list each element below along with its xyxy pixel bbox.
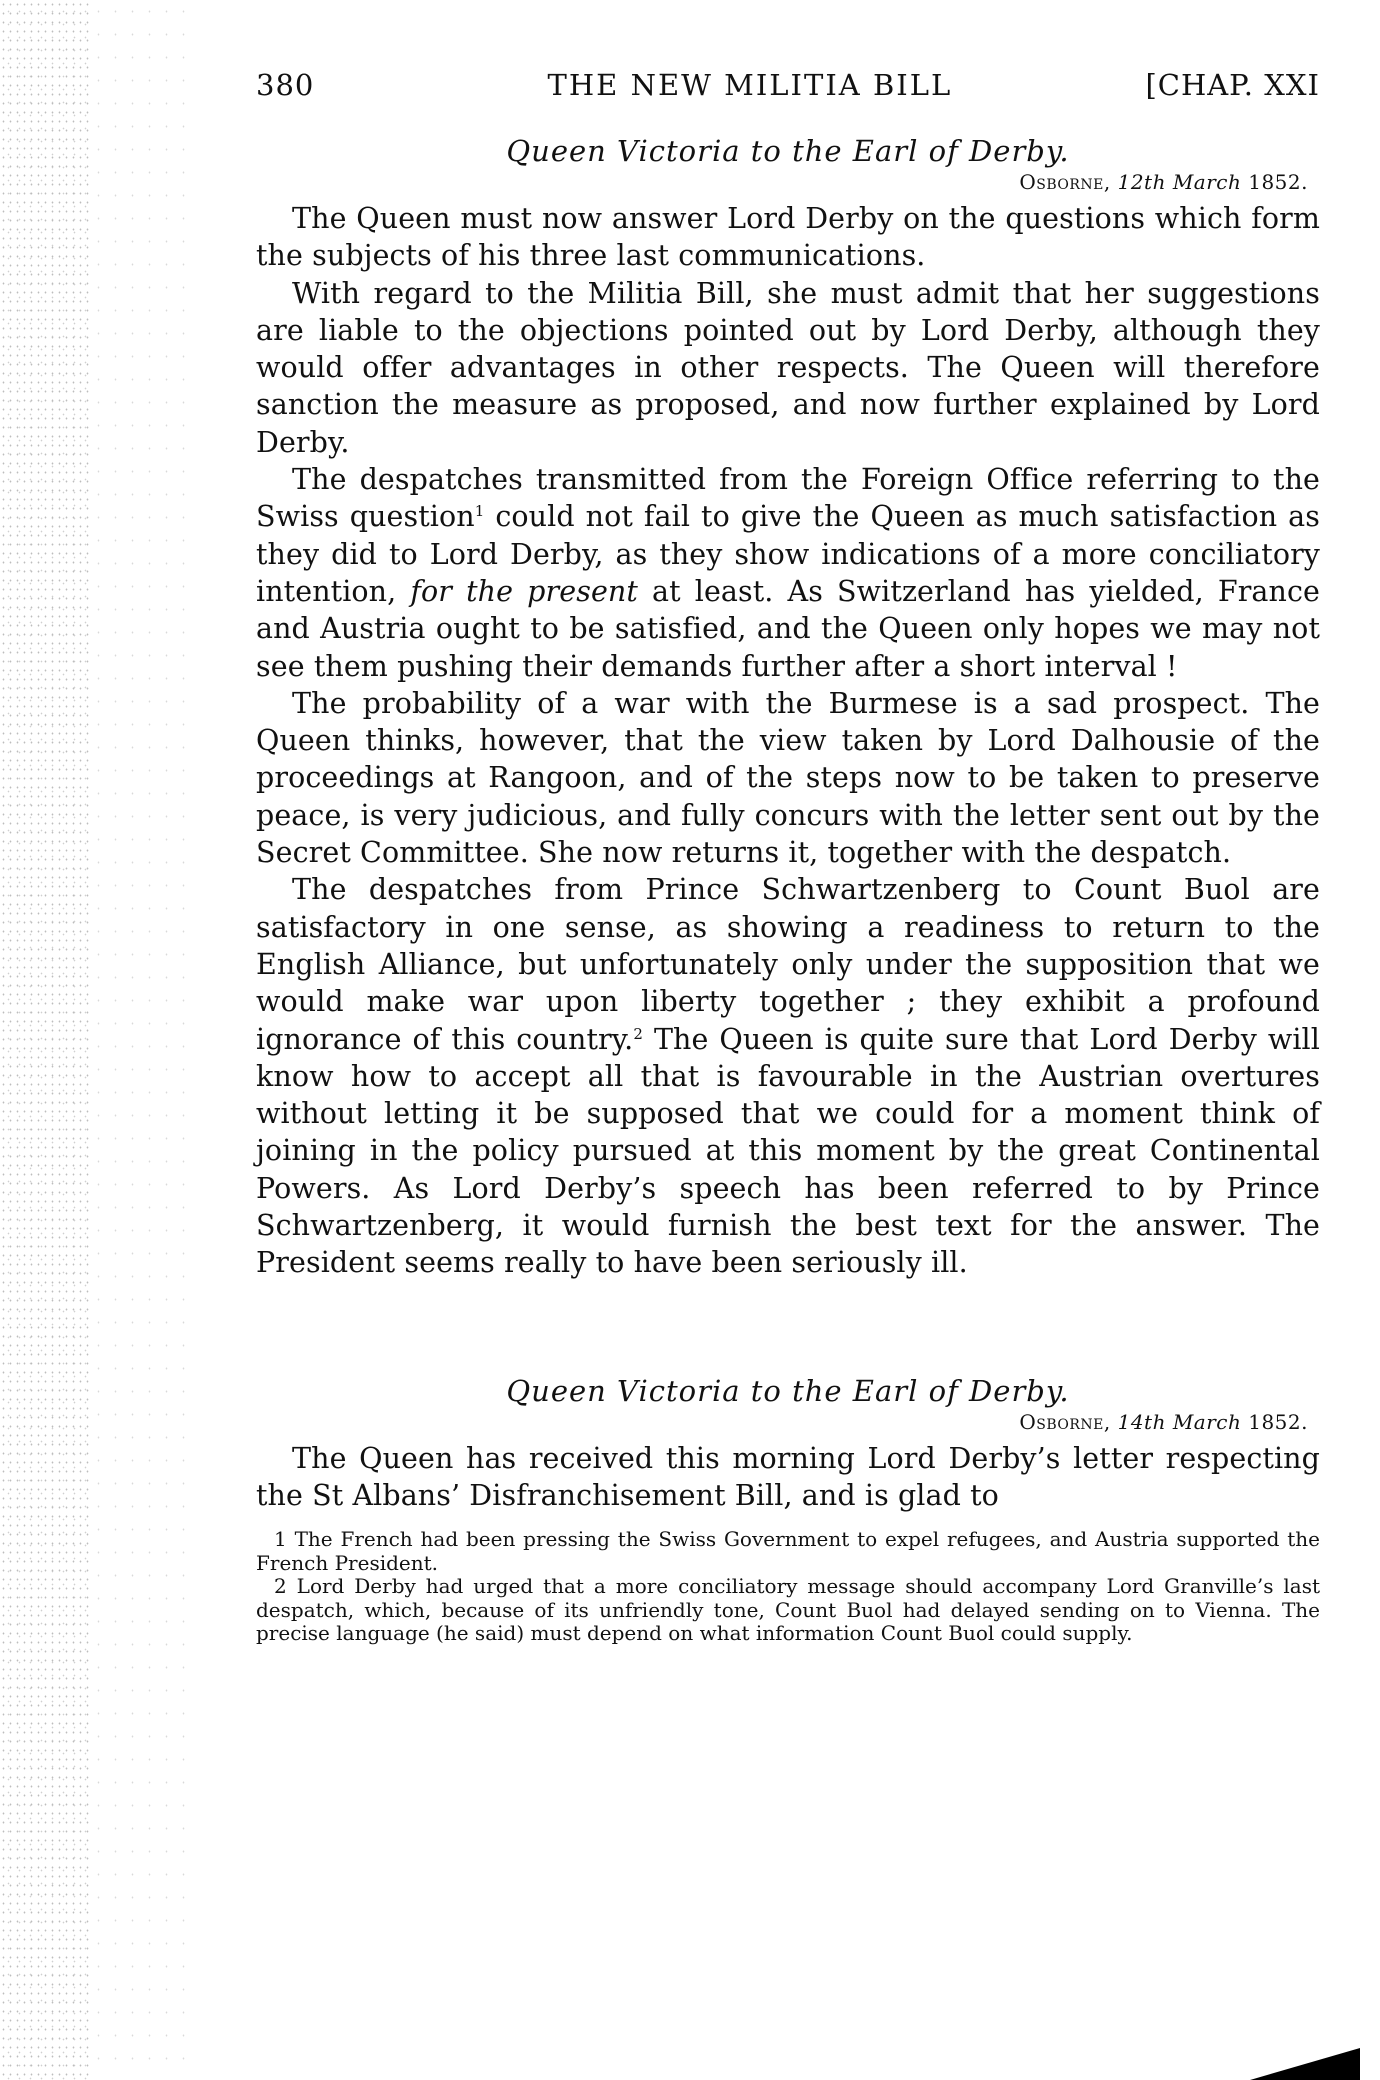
footnotes: 1 The French had been pressing the Swiss…	[256, 1528, 1320, 1646]
letter-heading: Queen Victoria to the Earl of Derby.	[256, 1374, 1320, 1408]
footnote-1: 1 The French had been pressing the Swiss…	[256, 1528, 1320, 1575]
scan-corner-shadow	[1250, 2048, 1360, 2080]
running-title: THE NEW MILITIA BILL	[548, 68, 953, 102]
paragraph: The probability of a war with the Burmes…	[256, 685, 1320, 871]
letter-heading: Queen Victoria to the Earl of Derby.	[256, 134, 1320, 168]
letter-2: Queen Victoria to the Earl of Derby. Osb…	[256, 1374, 1320, 1515]
running-head: 380 THE NEW MILITIA BILL [CHAP. XXI	[256, 68, 1320, 112]
section-gap	[256, 1282, 1320, 1352]
paragraph: The Queen has received this morning Lord…	[256, 1440, 1320, 1515]
paragraph: The despatches transmitted from the Fore…	[256, 461, 1320, 685]
scan-margin-noise	[0, 0, 90, 2080]
page-number: 380	[256, 68, 314, 102]
paragraph: With regard to the Militia Bill, she mus…	[256, 275, 1320, 461]
emphasis: for the present	[410, 575, 638, 608]
letter-dateline: Osborne, 12th March 1852.	[256, 170, 1308, 194]
letter-dateline: Osborne, 14th March 1852.	[256, 1410, 1308, 1434]
scan-margin-noise-light	[90, 0, 190, 2080]
chapter-label: [CHAP. XXI	[1145, 68, 1320, 102]
footnote-ref-1[interactable]: 1	[475, 502, 485, 520]
book-page: 380 THE NEW MILITIA BILL [CHAP. XXI Quee…	[256, 68, 1320, 1646]
footnote-2: 2 Lord Derby had urged that a more conci…	[256, 1575, 1320, 1646]
paragraph: The despatches from Prince Schwartzenber…	[256, 871, 1320, 1281]
letter-1: Queen Victoria to the Earl of Derby. Osb…	[256, 134, 1320, 1282]
footnote-ref-2[interactable]: 2	[633, 1025, 643, 1043]
paragraph: The Queen must now answer Lord Derby on …	[256, 200, 1320, 275]
